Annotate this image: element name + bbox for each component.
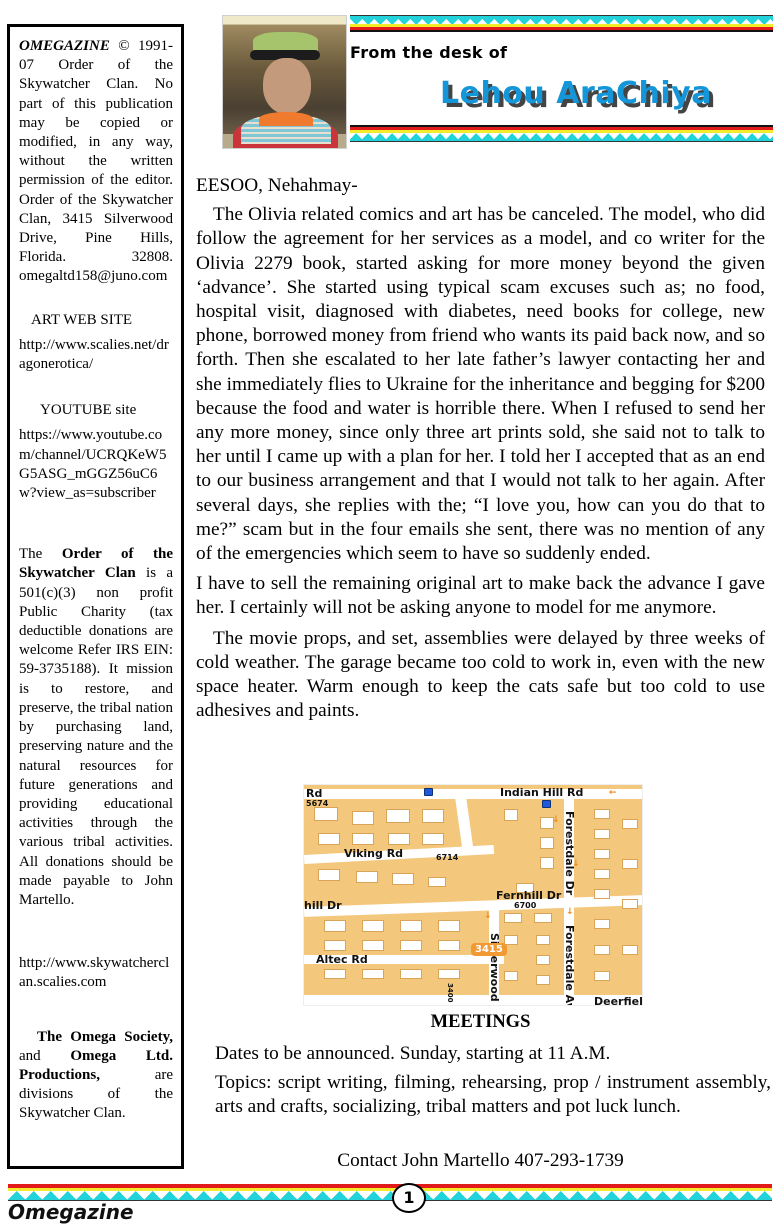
letter-paragraph: The movie props, and set, assemblies wer…	[196, 627, 765, 724]
map-street-label: Forestdale Ave	[563, 925, 576, 1006]
salutation: EESOO, Nehahmay-	[196, 174, 765, 198]
map-number: 3400	[446, 983, 454, 1002]
decorative-border-bottom	[350, 125, 773, 145]
clan-website-link[interactable]: http://www.skywatcherclan.scalies.com	[19, 954, 173, 992]
art-site-heading: ART WEB SITE	[19, 311, 173, 330]
author-name-title: Lehou AraChiya	[440, 76, 760, 111]
direction-arrow-icon: ←	[609, 788, 617, 798]
location-map: Rd 5674 Indian Hill Rd Viking Rd 6714 Fe…	[303, 784, 643, 1006]
map-number: 5674	[306, 799, 328, 808]
contact-line: Contact John Martello 407-293-1739	[196, 1150, 765, 1172]
triangle-pattern-icon	[350, 15, 773, 24]
meetings-topics: Topics: script writing, filming, rehears…	[215, 1071, 771, 1119]
meetings-heading: MEETINGS	[196, 1012, 765, 1033]
location-marker: 3415	[471, 943, 507, 956]
author-photo	[222, 15, 347, 149]
letter-paragraph: I have to sell the remaining original ar…	[196, 572, 765, 620]
bus-stop-icon	[542, 800, 551, 808]
from-desk-label: From the desk of	[350, 43, 507, 62]
youtube-link[interactable]: https://www.youtube.com/channel/UCRQKeW5…	[19, 426, 173, 503]
letter-paragraph: The Olivia related comics and art has be…	[196, 203, 765, 566]
youtube-heading: YOUTUBE site	[19, 401, 173, 420]
charity-statement: The Order of the Skywatcher Clan is a 50…	[19, 545, 173, 910]
copyright-notice: OMEGAZINE © 1991-07 Order of the Skywatc…	[19, 37, 173, 287]
map-street-label: Altec Rd	[316, 953, 368, 966]
brand-name: OMEGAZINE	[19, 38, 110, 54]
direction-arrow-icon: ↓	[484, 911, 492, 921]
triangle-pattern-icon	[350, 133, 773, 142]
direction-arrow-icon: ↓	[552, 815, 560, 825]
page-number: 1	[392, 1183, 426, 1213]
publication-title: Omegazine	[8, 1200, 134, 1224]
art-site-link[interactable]: http://www.scalies.net/dragonerotica/	[19, 336, 173, 374]
direction-arrow-icon: ↓	[572, 859, 580, 869]
sidebar-info-box: OMEGAZINE © 1991-07 Order of the Skywatc…	[7, 24, 184, 1169]
letter-body: EESOO, Nehahmay- The Olivia related comi…	[196, 174, 765, 723]
map-street-label: Forestdale Dr	[563, 811, 576, 895]
map-number: 6714	[436, 853, 458, 862]
direction-arrow-icon: ↓	[566, 907, 574, 917]
divisions-statement: The Omega Society, and Omega Ltd. Produc…	[19, 1028, 173, 1124]
map-street-label: Deerfield	[594, 995, 643, 1006]
decorative-border-top	[350, 15, 773, 35]
map-street-label: Indian Hill Rd	[500, 786, 583, 799]
map-street-label: Viking Rd	[344, 847, 403, 860]
map-street-label: hill Dr	[304, 899, 342, 912]
map-number: 6700	[514, 901, 536, 910]
meetings-dates: Dates to be announced. Sunday, starting …	[215, 1042, 771, 1066]
bus-stop-icon	[424, 788, 433, 796]
